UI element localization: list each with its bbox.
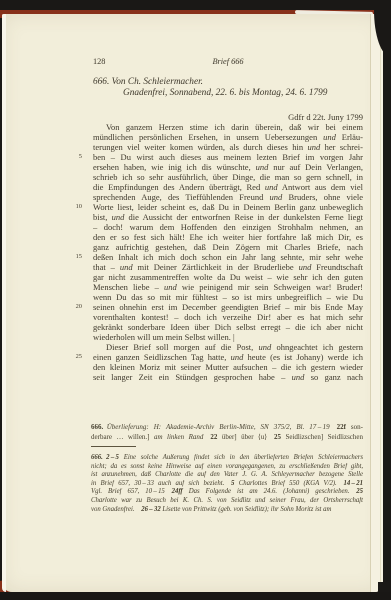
line-number-20: 20 <box>58 302 82 312</box>
letter-line: gar nicht zusammentreffen wolte da Du we… <box>93 272 363 282</box>
textual-apparatus: 666. Überlieferung: H: Akademie-Archiv B… <box>91 423 363 442</box>
letter-line: wenn Du das so mit mir fühltest – so ist… <box>93 292 363 302</box>
line-number-5: 5 <box>58 152 82 162</box>
line-number-15: 15 <box>58 252 82 262</box>
book-page: 128 Brief 666 666. Von Ch. Schleiermache… <box>2 14 383 592</box>
page-left-edge <box>2 14 6 592</box>
letter-line: deßen Inhalt ich mich doch schon ein Jah… <box>93 252 363 262</box>
letter-line: mündlichen persönlichen Ersehen, in unse… <box>93 132 363 142</box>
letter-line: wiederholen will um mein Selbst willen. … <box>93 332 363 342</box>
letter-body: Gdfr d 22t. Juny 1799Von ganzem Herzen s… <box>93 112 363 382</box>
commentary-line: Charlotte war zu Besuch bei K. Ch. S. vo… <box>91 497 363 506</box>
letter-line: Gdfr d 22t. Juny 1799 <box>93 112 363 122</box>
apparatus-line: 666. Überlieferung: H: Akademie-Archiv B… <box>91 423 363 433</box>
letter-line: – doch! warum dem Hoffenden den einzigen… <box>93 222 363 232</box>
letter-heading-sender: 666. Von Ch. Schleiermacher. <box>93 77 363 88</box>
commentary-line: nicht; da es sonst keine Hinweise auf ei… <box>91 463 363 472</box>
letter-line: vorenthalten kontest! – doch ich verzeih… <box>93 312 363 322</box>
photo-black-strip-top <box>0 0 391 10</box>
commentary-line: von Gnadenfrei. 26 – 32 Lisette von Prit… <box>91 506 363 515</box>
book-photo: 128 Brief 666 666. Von Ch. Schleiermache… <box>0 0 391 600</box>
letter-line: that – und mit Deiner Zärtlichkeit in de… <box>93 262 363 272</box>
letter-line: schrieb ich so sehr ausführlich, über Di… <box>93 172 363 182</box>
commentary-line: ist anzunehmen, daß Charlotte die auf de… <box>91 471 363 480</box>
editorial-commentary: 666. 2 – 5 Eine solche Äußerung findet s… <box>91 454 363 514</box>
photo-black-strip-bottom <box>0 592 391 600</box>
letter-line: Worte liest, leider scheint es, daß Du i… <box>93 202 363 212</box>
letter-line: terungen viel weiter komen würden, als d… <box>93 142 363 152</box>
page-fore-edge <box>370 14 383 592</box>
running-head: Brief 666 <box>93 56 363 67</box>
apparatus-line: derbare … willen.] am linken Rand 22 übe… <box>91 433 363 443</box>
commentary-line: Vgl. Brief 657, 10 – 15 24ff Das Folgend… <box>91 488 363 497</box>
commentary-line: in Brief 657, 30 – 33 auch auf sich bezi… <box>91 480 363 489</box>
letter-line: einen ganzen Seidlizschen Tag hatte, und… <box>93 352 363 362</box>
letter-line: ersehen haben, wie inig ich dis wünschte… <box>93 162 363 172</box>
letter-line: bist, und die Aussicht der entworfnen Re… <box>93 212 363 222</box>
letter-line: die Empfindungen des Andern überträgt, R… <box>93 182 363 192</box>
line-number-10: 10 <box>58 202 82 212</box>
letter-line: gekränkt sonderbare Ideen über Dich selb… <box>93 322 363 332</box>
letter-line: den kleinen Moriz mit seiner Mutter aufs… <box>93 362 363 372</box>
letter-line: seinen ohnehin erst im December geendigt… <box>93 302 363 312</box>
letter-line: Von ganzem Herzen stime ich darin überei… <box>93 122 363 132</box>
letter-line: ganz aufrichtig gestehen, daß Dein Zöger… <box>93 242 363 252</box>
letter-line: sprechenden Auge, des Tieffühlenden Freu… <box>93 192 363 202</box>
letter-line: ben – Du wirst auch dieses aus meinem le… <box>93 152 363 162</box>
page-header: 128 Brief 666 <box>93 56 363 67</box>
letter-line: seit langer Zeit ein Stündgen gesprochen… <box>93 372 363 382</box>
letter-line: Menschen liebe – und wie peinigend mir s… <box>93 282 363 292</box>
apparatus-divider-rule <box>91 446 136 447</box>
letter-heading: 666. Von Ch. Schleiermacher. Gnadenfrei,… <box>93 77 363 99</box>
commentary-line: 666. 2 – 5 Eine solche Äußerung findet s… <box>91 454 363 463</box>
letter-line: Dieser Brief soll morgen auf die Post, u… <box>93 342 363 352</box>
letter-heading-date: Gnadenfrei, Sonnabend, 22. 6. bis Montag… <box>93 88 363 99</box>
letter-line: den er so fest sich hält! Ehe ich weiter… <box>93 232 363 242</box>
margin-line-numbers: 510152025 <box>58 112 82 382</box>
line-number-25: 25 <box>58 352 82 362</box>
